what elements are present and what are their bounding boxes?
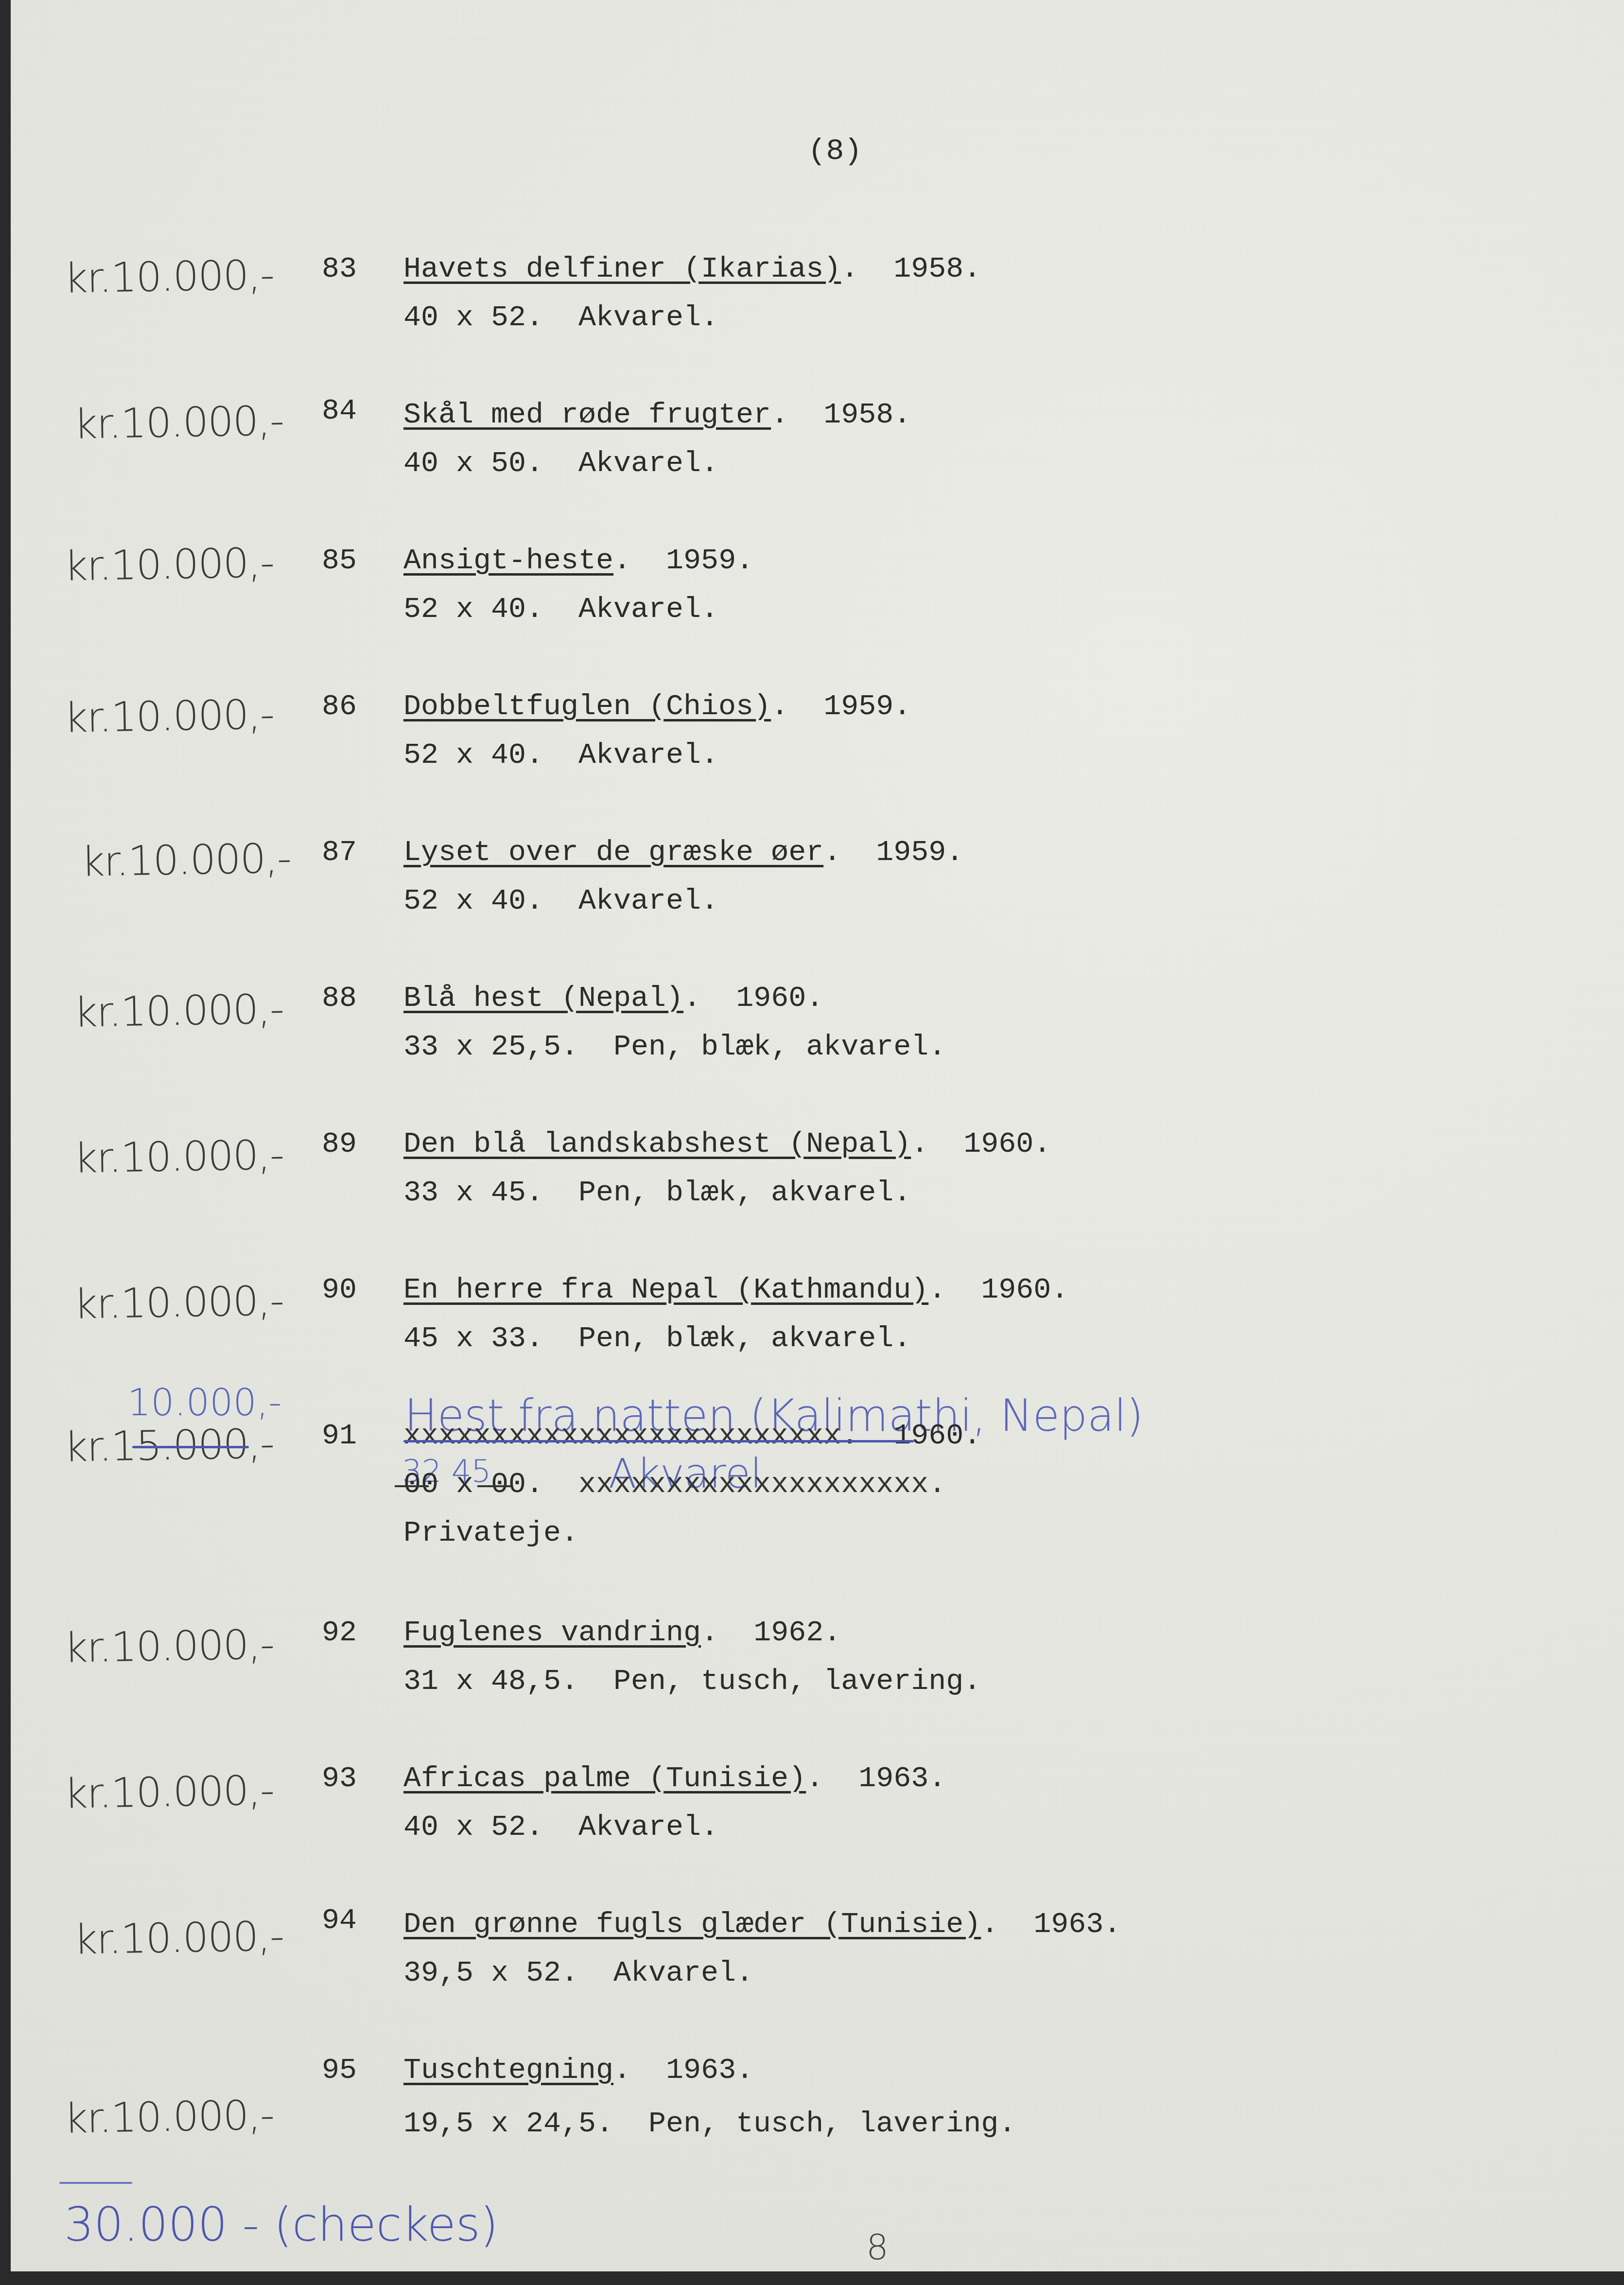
entry-number: 93 <box>322 1762 357 1795</box>
entry-title-line: En herre fra Nepal (Kathmandu). 1960. <box>403 1274 1068 1307</box>
price-correction: 10.000,- <box>127 1381 282 1424</box>
entry-number: 90 <box>322 1274 357 1307</box>
entry-details: 31 x 48,5. Pen, tusch, lavering. <box>403 1665 981 1698</box>
entry-details: 45 x 33. Pen, blæk, akvarel. <box>403 1322 911 1355</box>
entry-year: 1962. <box>753 1617 841 1650</box>
strike-line <box>132 1446 249 1448</box>
entry-details: 40 x 52. Akvarel. <box>403 301 718 334</box>
entry-title: En herre fra Nepal (Kathmandu) <box>403 1274 928 1307</box>
struck-price: 15.000 <box>110 1420 248 1470</box>
entry-title-line: Tuschtegning. 1963. <box>403 2054 753 2087</box>
entry-number: 92 <box>322 1617 357 1650</box>
entry-title: Fuglenes vandring <box>403 1617 701 1650</box>
entry-details: 52 x 40. Akvarel. <box>403 593 718 626</box>
struck-dims: 00 x 00. <box>403 1468 543 1501</box>
entry-details: 33 x 45. Pen, blæk, akvarel. <box>403 1177 911 1210</box>
entry-details: 52 x 40. Akvarel. <box>403 739 718 772</box>
entry-title-line: Lyset over de græske øer. 1959. <box>403 836 963 869</box>
document-page: (8) kr.10.000,- 83 Havets delfiner (Ikar… <box>11 0 1624 2271</box>
entry-title: Blå hest (Nepal) <box>403 982 683 1015</box>
entry-title: Den blå landskabshest (Nepal) <box>403 1128 911 1161</box>
struck-title: xxxxxxxxxxxxxxxxxxxxxxxxx <box>403 1420 841 1453</box>
entry-number: 83 <box>322 253 357 286</box>
struck-medium: xxxxxxxxxxxxxxxxxxxx. <box>578 1468 946 1501</box>
price-annotation: kr.15.000,- <box>64 1420 274 1471</box>
price-annotation: kr.10.000,- <box>64 1620 274 1672</box>
entry-details: 40 x 52. Akvarel. <box>403 1811 718 1844</box>
entry-number: 87 <box>322 836 357 869</box>
price-annotation: kr.10.000,- <box>73 1131 284 1182</box>
entry-details: 39,5 x 52. Akvarel. <box>403 1957 753 1990</box>
entry-number: 85 <box>322 545 357 578</box>
entry-year: 1960. <box>981 1274 1068 1307</box>
entry-year: 1963. <box>858 1762 946 1795</box>
entry-title: Havets delfiner (Ikarias) <box>403 253 841 286</box>
entry-details: 33 x 25,5. Pen, blæk, akvarel. <box>403 1031 946 1064</box>
entry-year: 1960. <box>736 982 823 1015</box>
price-annotation: kr.10.000,- <box>81 834 291 886</box>
entry-year: 1963. <box>666 2054 753 2087</box>
price-annotation: kr.10.000,- <box>64 251 274 302</box>
entry-title: Lyset over de græske øer <box>403 836 823 869</box>
entry-details: 19,5 x 24,5. Pen, tusch, lavering. <box>403 2108 1016 2141</box>
entry-number: 89 <box>322 1128 357 1161</box>
entry-year: 1958. <box>893 253 981 286</box>
entry-title-line: Blå hest (Nepal). 1960. <box>403 982 823 1015</box>
entry-title-line: Havets delfiner (Ikarias). 1958. <box>403 253 981 286</box>
entry-title-line: Africas palme (Tunisie). 1963. <box>403 1762 946 1795</box>
entry-year: 1959. <box>666 545 753 578</box>
price-annotation: kr.10.000,- <box>73 985 284 1037</box>
entry-number: 91 <box>322 1420 357 1453</box>
bottom-page-mark: 8 <box>866 2227 889 2267</box>
entry-details: 40 x 50. Akvarel. <box>403 447 718 480</box>
strike-line <box>395 1485 429 1487</box>
entry-title-line: Den blå landskabshest (Nepal). 1960. <box>403 1128 1051 1161</box>
entry-number: 94 <box>322 1904 357 1937</box>
entry-year: 1958. <box>823 399 911 432</box>
entry-year: 1960. <box>893 1420 981 1453</box>
entry-number: 86 <box>322 690 357 723</box>
entry-year: 1959. <box>823 690 911 723</box>
strike-line <box>477 1485 511 1487</box>
entry-title: Ansigt-heste <box>403 545 613 578</box>
total-note: 30.000 - (checkes) <box>64 2197 498 2252</box>
entry-number: 88 <box>322 982 357 1015</box>
price-annotation: kr.10.000,- <box>73 1912 284 1964</box>
entry-title: Den grønne fugls glæder (Tunisie) <box>403 1908 981 1941</box>
entry-year: 1963. <box>1033 1908 1121 1941</box>
entry-number: 84 <box>322 395 357 428</box>
entry-title-line: xxxxxxxxxxxxxxxxxxxxxxxxx. 1960. <box>403 1420 981 1453</box>
entry-title-line: Dobbeltfuglen (Chios). 1959. <box>403 690 911 723</box>
entry-details: 52 x 40. Akvarel. <box>403 885 718 918</box>
entry-details: 00 x 00. xxxxxxxxxxxxxxxxxxxx. <box>403 1468 946 1501</box>
total-rule <box>59 2182 132 2184</box>
entry-title: Skål med røde frugter <box>403 399 771 432</box>
entry-year: 1959. <box>876 836 963 869</box>
price-annotation: kr.10.000,- <box>73 397 284 448</box>
price-annotation: kr.10.000,- <box>64 539 274 590</box>
entry-title-line: Fuglenes vandring. 1962. <box>403 1617 841 1650</box>
entry-title-line: Den grønne fugls glæder (Tunisie). 1963. <box>403 1908 1121 1941</box>
price-annotation: kr.10.000,- <box>73 1277 284 1328</box>
entry-note: Privateje. <box>403 1517 578 1550</box>
price-annotation: kr.10.000,- <box>64 1766 274 1818</box>
price-annotation: kr.10.000,- <box>64 690 274 742</box>
entry-year: 1960. <box>963 1128 1051 1161</box>
entry-title: Dobbeltfuglen (Chios) <box>403 690 771 723</box>
entry-title: Africas palme (Tunisie) <box>403 1762 806 1795</box>
strike-line <box>403 1440 914 1442</box>
page-number: (8) <box>808 134 862 168</box>
entry-title: Tuschtegning <box>403 2054 613 2087</box>
price-annotation: kr.10.000,- <box>64 2091 274 2143</box>
entry-number: 95 <box>322 2054 357 2087</box>
entry-title-line: Ansigt-heste. 1959. <box>403 545 753 578</box>
entry-title-line: Skål med røde frugter. 1958. <box>403 399 911 432</box>
